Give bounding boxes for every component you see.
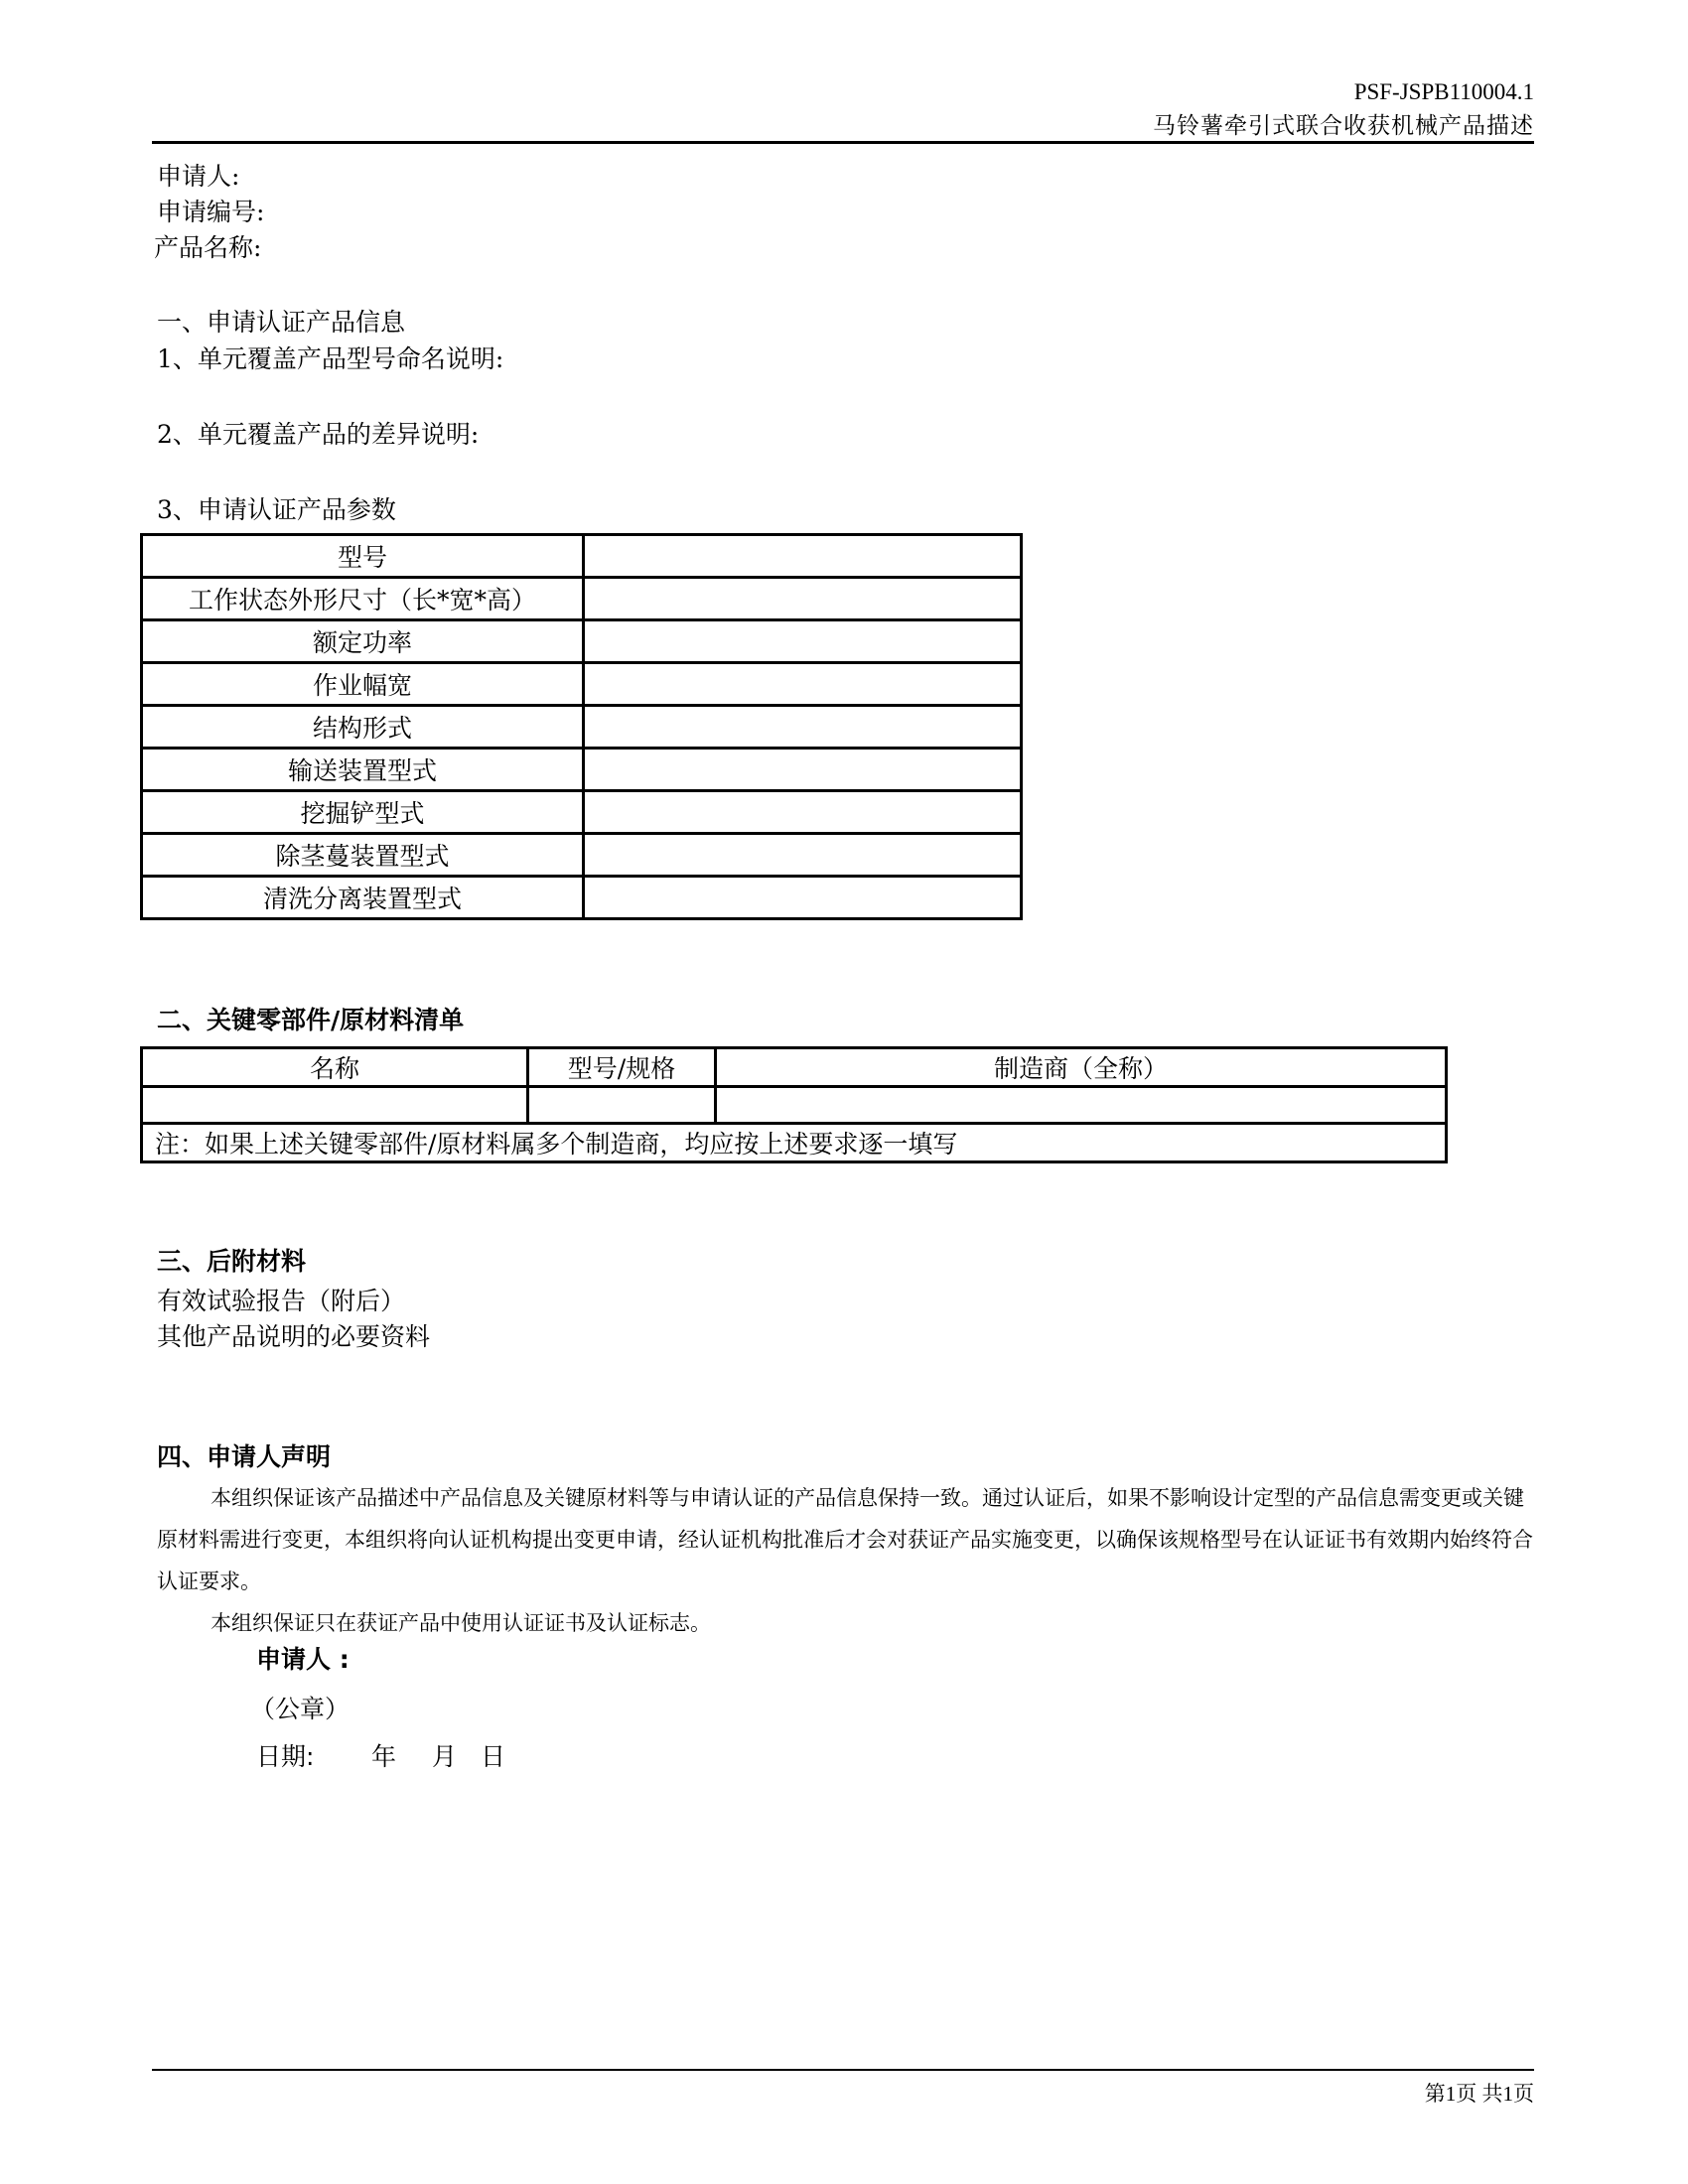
column-header-name: 名称	[142, 1048, 528, 1087]
product-name-label: 产品名称:	[154, 230, 261, 266]
table-row: 型号	[142, 535, 1022, 578]
param-label: 除茎蔓装置型式	[142, 834, 584, 877]
declaration-paragraph: 本组织保证该产品描述中产品信息及关键原材料等与申请认证的产品信息保持一致。通过认…	[157, 1477, 1537, 1602]
table-header-row: 名称 型号/规格 制造商（全称）	[142, 1048, 1447, 1087]
param-value[interactable]	[584, 749, 1022, 791]
section4-title: 四、申请人声明	[157, 1439, 331, 1475]
param-label: 挖掘铲型式	[142, 791, 584, 834]
param-value[interactable]	[584, 706, 1022, 749]
attachment-item: 其他产品说明的必要资料	[157, 1319, 430, 1355]
table-row: 额定功率	[142, 620, 1022, 663]
param-label: 工作状态外形尺寸（长*宽*高）	[142, 578, 584, 620]
column-header-manufacturer: 制造商（全称）	[716, 1048, 1447, 1087]
param-label: 结构形式	[142, 706, 584, 749]
document-code: PSF-JSPB110004.1	[1354, 79, 1534, 105]
header-divider	[152, 141, 1534, 144]
param-value[interactable]	[584, 791, 1022, 834]
date-label: 日期:	[256, 1737, 314, 1773]
footer-divider	[152, 2069, 1534, 2071]
section1-item2: 2、单元覆盖产品的差异说明:	[157, 417, 479, 453]
param-label: 清洗分离装置型式	[142, 877, 584, 919]
param-label: 输送装置型式	[142, 749, 584, 791]
application-no-label: 申请编号:	[157, 195, 264, 230]
param-value[interactable]	[584, 535, 1022, 578]
param-label: 型号	[142, 535, 584, 578]
param-label: 额定功率	[142, 620, 584, 663]
applicant-label: 申请人:	[157, 159, 239, 195]
table-note-row: 注：如果上述关键零部件/原材料属多个制造商，均应按上述要求逐一填写	[142, 1124, 1447, 1162]
date-day: 日	[481, 1737, 505, 1773]
param-value[interactable]	[584, 620, 1022, 663]
column-header-model: 型号/规格	[528, 1048, 716, 1087]
date-month: 月	[432, 1737, 457, 1773]
table-row: 结构形式	[142, 706, 1022, 749]
key-parts-table: 名称 型号/规格 制造商（全称） 注：如果上述关键零部件/原材料属多个制造商，均…	[140, 1046, 1448, 1163]
table-row: 除茎蔓装置型式	[142, 834, 1022, 877]
param-label: 作业幅宽	[142, 663, 584, 706]
section1-title: 一、申请认证产品信息	[157, 305, 405, 341]
table-row: 清洗分离装置型式	[142, 877, 1022, 919]
part-name-cell[interactable]	[142, 1087, 528, 1124]
page-number: 第1页 共1页	[1425, 2078, 1534, 2108]
seal-label: （公章）	[250, 1690, 350, 1725]
signature-applicant-label: 申请人 :	[256, 1640, 350, 1676]
document-title: 马铃薯牵引式联合收获机械产品描述	[1153, 107, 1534, 140]
section3-title: 三、后附材料	[157, 1244, 306, 1280]
table-row: 挖掘铲型式	[142, 791, 1022, 834]
param-value[interactable]	[584, 663, 1022, 706]
table-row	[142, 1087, 1447, 1124]
table-row: 工作状态外形尺寸（长*宽*高）	[142, 578, 1022, 620]
section2-title: 二、关键零部件/原材料清单	[157, 1003, 464, 1038]
table-row: 输送装置型式	[142, 749, 1022, 791]
attachment-item: 有效试验报告（附后）	[157, 1284, 405, 1319]
date-year: 年	[371, 1737, 396, 1773]
product-parameters-table: 型号 工作状态外形尺寸（长*宽*高） 额定功率 作业幅宽 结构形式 输送装置型式…	[140, 533, 1023, 920]
param-value[interactable]	[584, 834, 1022, 877]
table-row: 作业幅宽	[142, 663, 1022, 706]
part-manufacturer-cell[interactable]	[716, 1087, 1447, 1124]
declaration-paragraph-2: 本组织保证只在获证产品中使用认证证书及认证标志。	[157, 1602, 1537, 1644]
param-value[interactable]	[584, 578, 1022, 620]
table-note: 注：如果上述关键零部件/原材料属多个制造商，均应按上述要求逐一填写	[142, 1124, 1447, 1162]
section1-item3: 3、申请认证产品参数	[157, 492, 396, 528]
param-value[interactable]	[584, 877, 1022, 919]
section1-item1: 1、单元覆盖产品型号命名说明:	[157, 341, 503, 377]
part-model-cell[interactable]	[528, 1087, 716, 1124]
